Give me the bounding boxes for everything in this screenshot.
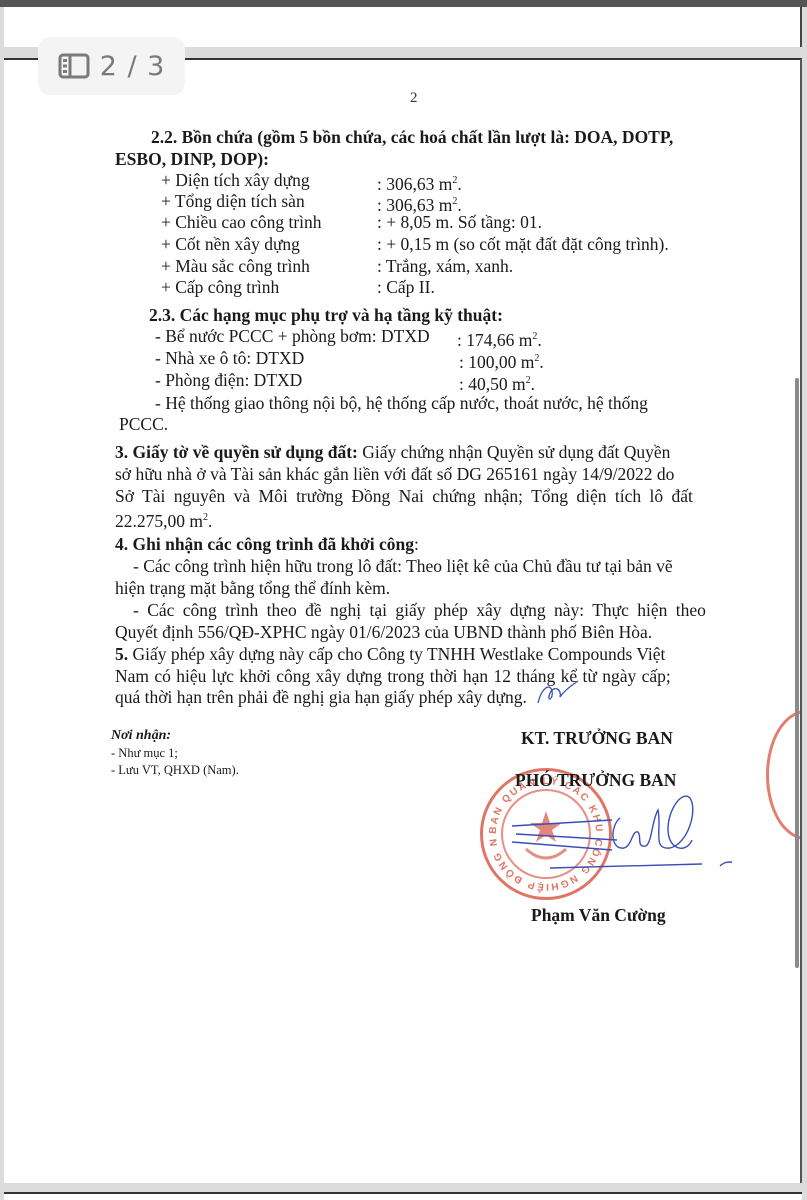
item-label: + Diện tích xây dựng <box>161 170 310 192</box>
section-4-p1-line2: hiện trạng mặt bằng tổng thể đính kèm. <box>115 578 390 600</box>
item-value: : 40,50 m2. <box>459 370 535 395</box>
item-label: - Bể nước PCCC + phòng bơm: DTXD <box>155 326 430 348</box>
infra-line1: - Hệ thống giao thông nội bộ, hệ thống c… <box>155 393 648 415</box>
initials-signature-icon <box>534 677 584 707</box>
section-2-3-heading: 2.3. Các hạng mục phụ trợ và hạ tầng kỹ … <box>149 305 503 327</box>
signer-name: Phạm Văn Cường <box>531 905 802 927</box>
section-3-line3: Sở Tài nguyên và Môi trường Đồng Nai chứ… <box>115 486 693 508</box>
section-5-line1: 5. Giấy phép xây dựng này cấp cho Công t… <box>115 644 665 666</box>
item-value: : Trắng, xám, xanh. <box>377 256 513 278</box>
item-value: : Cấp II. <box>377 277 435 299</box>
section-4-p1-line1: - Các công trình hiện hữu trong lô đất: … <box>133 556 673 578</box>
vertical-scrollbar[interactable] <box>795 378 799 968</box>
item-value: : + 8,05 m. Số tầng: 01. <box>377 212 542 234</box>
signature-title-line1: KT. TRƯỞNG BAN <box>521 728 802 750</box>
section-5-line3: quá thời hạn trên phải đề nghị gia hạn g… <box>115 687 527 709</box>
page-counter-badge[interactable]: 2 / 3 <box>38 37 185 95</box>
item-label: + Cấp công trình <box>161 277 279 299</box>
section-5-line2: Nam có hiệu lực khởi công xây dựng trong… <box>115 666 671 688</box>
next-page-top <box>4 1192 802 1200</box>
handwritten-signature-icon <box>502 790 742 880</box>
item-label: + Cốt nền xây dựng <box>161 234 300 256</box>
sidebar-panel-icon <box>58 53 90 79</box>
section-2-2-heading-line1: 2.2. Bồn chứa (gồm 5 bồn chứa, các hoá c… <box>151 127 673 149</box>
document-page: 2 2.2. Bồn chứa (gồm 5 bồn chứa, các hoá… <box>4 58 802 1183</box>
item-label: - Nhà xe ô tô: DTXD <box>155 348 304 370</box>
section-2-2-heading-line2: ESBO, DINP, DOP): <box>115 149 269 171</box>
viewer-top-bar <box>0 0 807 7</box>
item-label: + Chiều cao công trình <box>161 212 322 234</box>
page-counter-text: 2 / 3 <box>100 51 166 82</box>
page-content: 2 2.2. Bồn chứa (gồm 5 bồn chứa, các hoá… <box>4 60 802 1183</box>
item-label: - Phòng điện: DTXD <box>155 370 302 392</box>
section-3-line2: sở hữu nhà ở và Tài sản khác gắn liền vớ… <box>115 464 674 486</box>
section-3-line1: 3. Giấy tờ về quyền sử dụng đất: Giấy ch… <box>115 442 670 464</box>
infra-line2: PCCC. <box>119 414 168 436</box>
section-4-p2-line2: Quyết định 556/QĐ-XPHC ngày 01/6/2023 củ… <box>115 622 652 644</box>
section-4-p2-line1: - Các công trình theo đề nghị tại giấy p… <box>133 600 706 622</box>
section-3-line4: 22.275,00 m2. <box>115 507 212 532</box>
recipient-item: - Lưu VT, QHXD (Nam). <box>111 760 239 782</box>
signature-title-line2: PHÓ TRƯỞNG BAN <box>515 770 802 792</box>
section-4-heading: 4. Ghi nhận các công trình đã khởi công: <box>115 534 419 556</box>
page-number: 2 <box>410 88 418 110</box>
item-label: + Tổng diện tích sàn <box>161 191 305 213</box>
item-label: + Màu sắc công trình <box>161 256 310 278</box>
item-value: : + 0,15 m (so cốt mặt đất đặt công trìn… <box>377 234 669 256</box>
